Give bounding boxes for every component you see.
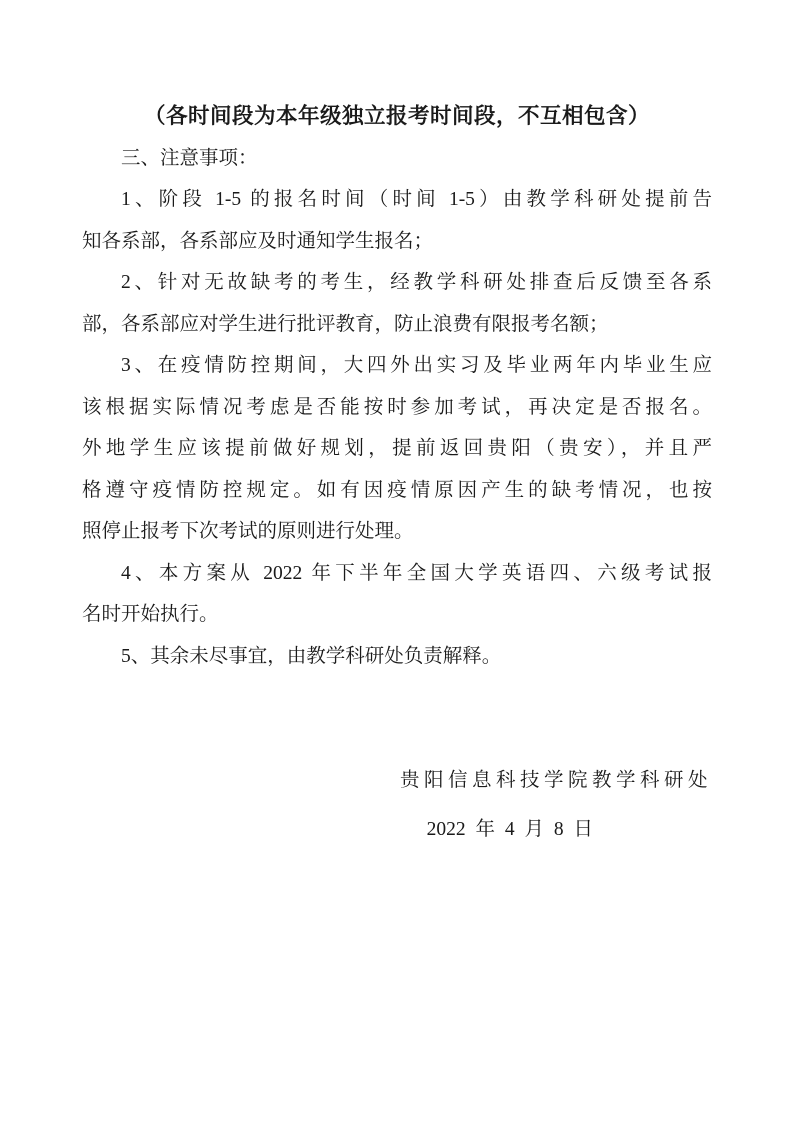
paragraphs-container: （各时间段为本年级独立报考时间段，不互相包含）三、注意事项：1、阶段 1-5 的… — [82, 96, 712, 677]
text-line: 5、其余未尽事宜，由教学科研处负责解释。 — [82, 636, 712, 678]
item-2: 2、针对无故缺考的考生，经教学科研处排查后反馈至各系部，各系部应对学生进行批评教… — [82, 262, 712, 345]
text-line: 该根据实际情况考虑是否能按时参加考试，再决定是否报名。 — [82, 387, 712, 429]
section-heading: 三、注意事项： — [82, 138, 712, 180]
note-line: （各时间段为本年级独立报考时间段，不互相包含） — [82, 96, 712, 138]
text-line: （各时间段为本年级独立报考时间段，不互相包含） — [82, 96, 712, 138]
text-line: 4、本方案从 2022 年下半年全国大学英语四、六级考试报 — [82, 553, 712, 595]
text-line: 知各系部，各系部应及时通知学生报名； — [82, 221, 712, 263]
text-line: 部，各系部应对学生进行批评教育，防止浪费有限报考名额； — [82, 304, 712, 346]
signature-organization: 贵阳信息科技学院教学科研处 — [82, 760, 712, 802]
text-line: 3、在疫情防控期间，大四外出实习及毕业两年内毕业生应 — [82, 345, 712, 387]
text-line: 外地学生应该提前做好规划，提前返回贵阳（贵安），并且严 — [82, 428, 712, 470]
text-line: 名时开始执行。 — [82, 594, 712, 636]
text-line: 格遵守疫情防控规定。如有因疫情原因产生的缺考情况，也按 — [82, 470, 712, 512]
item-3: 3、在疫情防控期间，大四外出实习及毕业两年内毕业生应该根据实际情况考虑是否能按时… — [82, 345, 712, 553]
signature-block: 贵阳信息科技学院教学科研处 2022 年 4 月 8 日 — [82, 760, 712, 850]
signature-date: 2022 年 4 月 8 日 — [82, 809, 712, 851]
item-5: 5、其余未尽事宜，由教学科研处负责解释。 — [82, 636, 712, 678]
document-body: （各时间段为本年级独立报考时间段，不互相包含）三、注意事项：1、阶段 1-5 的… — [82, 96, 712, 850]
document-page: （各时间段为本年级独立报考时间段，不互相包含）三、注意事项：1、阶段 1-5 的… — [0, 0, 793, 1122]
text-line: 2、针对无故缺考的考生，经教学科研处排查后反馈至各系 — [82, 262, 712, 304]
item-4: 4、本方案从 2022 年下半年全国大学英语四、六级考试报名时开始执行。 — [82, 553, 712, 636]
item-1: 1、阶段 1-5 的报名时间（时间 1-5）由教学科研处提前告知各系部，各系部应… — [82, 179, 712, 262]
text-line: 照停止报考下次考试的原则进行处理。 — [82, 511, 712, 553]
text-line: 三、注意事项： — [82, 138, 712, 180]
text-line: 1、阶段 1-5 的报名时间（时间 1-5）由教学科研处提前告 — [82, 179, 712, 221]
